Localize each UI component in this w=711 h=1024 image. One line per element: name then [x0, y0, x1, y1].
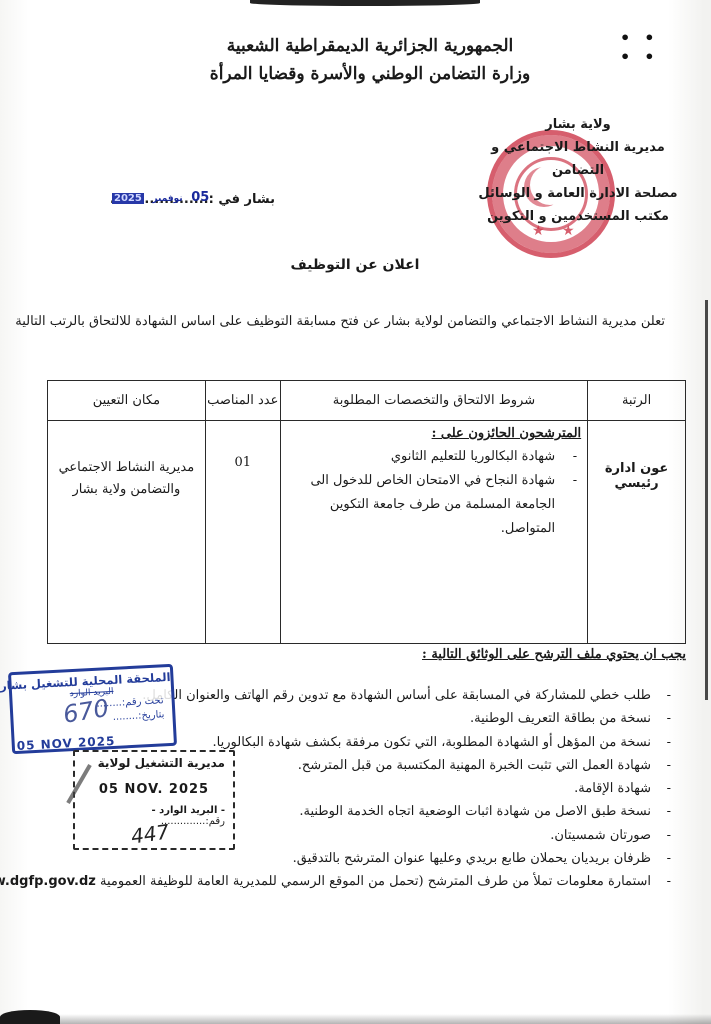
gray-stamp-date: 05 NOV. 2025	[75, 782, 233, 797]
country-header: الجمهورية الجزائرية الديمقراطية الشعبية	[180, 36, 560, 56]
place-line-1: مديرية النشاط الاجتماعي	[48, 457, 205, 479]
org-service: مصلحة الادارة العامة و الوسائل	[463, 182, 693, 205]
date-label: بشار في :	[209, 192, 275, 207]
org-directorate: مديرية النشاط الاجتماعي و التضامن	[463, 136, 693, 182]
form-item-text: استمارة معلومات تملأ من طرف المترشح (تحم…	[100, 874, 651, 889]
table-row: عون ادارة رئيسي المترشحون الحائزون على :…	[48, 421, 686, 644]
org-wilaya: ولاية بشار	[463, 113, 693, 136]
scan-edge-right	[705, 300, 708, 700]
scan-edge-blob	[0, 1010, 60, 1024]
condition-item: شهادة البكالوريا للتعليم الثانوي	[291, 445, 555, 469]
header-conditions: شروط الالتحاق والتخصصات المطلوبة	[280, 381, 587, 421]
header-count: عدد المناصب	[205, 381, 280, 421]
date-year: 2025	[112, 193, 144, 204]
gray-stamp-title: مديرية التشغيل لولاية	[75, 752, 233, 770]
date-month: نوفمبر	[152, 194, 182, 204]
table-header-row: الرتبة شروط الالتحاق والتخصصات المطلوبة …	[48, 381, 686, 421]
document-title: اعلان عن التوظيف	[250, 257, 460, 273]
scanned-page: •• •• الجمهورية الجزائرية الديمقراطية ال…	[0, 0, 711, 1024]
cell-count: 01	[205, 421, 280, 644]
cell-place: مديرية النشاط الاجتماعي والتضامن ولاية ب…	[48, 421, 206, 644]
scan-edge-shadow-bottom	[0, 1014, 711, 1024]
directorate-reception-stamp: مديرية التشغيل لولاية 05 NOV. 2025 - الب…	[73, 750, 235, 850]
header-place: مكان التعيين	[48, 381, 206, 421]
place-line-2: والتضامن ولاية بشار	[48, 479, 205, 501]
issuing-organization: ولاية بشار مديرية النشاط الاجتماعي و الت…	[463, 113, 693, 228]
dgfp-website-link[interactable]: www.dgfp.gov.dz	[0, 874, 96, 889]
conditions-list: شهادة البكالوريا للتعليم الثانوي شهادة ا…	[291, 445, 581, 541]
gray-stamp-handwritten: 447	[130, 819, 171, 848]
documents-heading: يجب ان يحتوي ملف الترشح على الوثائق التا…	[366, 647, 686, 662]
ministry-header: وزارة التضامن الوطني والأسرة وقضايا المر…	[180, 64, 560, 84]
cell-rank: عون ادارة رئيسي	[588, 421, 686, 644]
blue-reception-stamp: الملحقة المحلية للتشغيل بشار البريد الوا…	[8, 664, 177, 755]
positions-table: الرتبة شروط الالتحاق والتخصصات المطلوبة …	[47, 380, 686, 644]
document-item: ظرفان بريديان يحملان طابع بريدي وعليها ع…	[53, 847, 673, 870]
date-day: 05	[191, 190, 209, 205]
conditions-heading: المترشحون الحائزون على :	[291, 423, 581, 445]
condition-item: شهادة النجاح في الامتحان الخاص للدخول ال…	[291, 469, 555, 541]
date-stamp-fill: 05 نوفمبر 2025	[112, 186, 209, 205]
document-item-form: استمارة معلومات تملأ من طرف المترشح (تحم…	[53, 870, 673, 893]
scan-edge-shadow-top	[250, 0, 480, 6]
gray-stamp-mail: - البريد الوارد -	[75, 805, 233, 816]
org-office: مكتب المستخدمين و التكوين	[463, 205, 693, 228]
cell-conditions: المترشحون الحائزون على : شهادة البكالوري…	[280, 421, 587, 644]
page-marks: •• ••	[620, 28, 711, 66]
header-rank: الرتبة	[588, 381, 686, 421]
intro-paragraph: تعلن مديرية النشاط الاجتماعي والتضامن لو…	[45, 314, 665, 329]
